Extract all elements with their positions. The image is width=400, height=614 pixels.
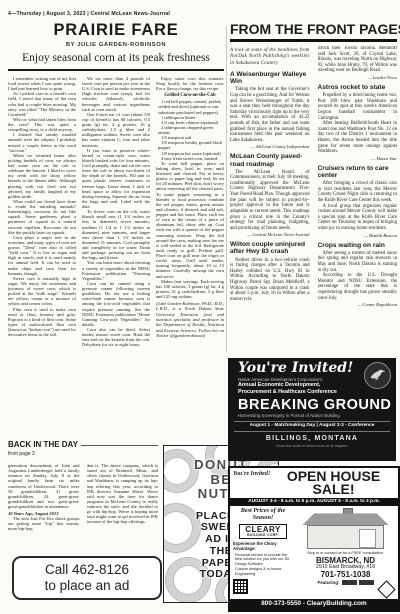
article-column-2: We eat more than 4 pounds of sweet corn …	[82, 76, 150, 438]
ingredient-line: 1 red bell pepper, roasted, peeled, seed…	[158, 99, 224, 114]
paragraph: The McLean Board of Commissioners, at th…	[230, 170, 310, 232]
ingredient-line: 2 tablespoons chopped green onions	[158, 125, 224, 135]
paragraph: After beating Belfield/South Heart in ro…	[318, 121, 398, 155]
back-in-the-day-heading: BACK IN THE DAY	[8, 441, 158, 449]
paragraph: Corn plays a major role in the economy, …	[8, 235, 76, 276]
building-photo	[298, 508, 393, 550]
paragraph: After seeing a torrent of melted snow th…	[318, 251, 398, 273]
paragraph: I learned that sneaky masked animals wer…	[8, 132, 76, 153]
cleary-logo: CLEARY BUILDING CORP.	[239, 524, 287, 539]
article-kicker: PRAIRIE FARE	[8, 22, 224, 39]
heading-rule	[81, 445, 158, 446]
ad-phone-caption: to place an ad	[45, 578, 130, 594]
recipe-heading: Grilled Corn-on-the-Cob	[156, 93, 224, 98]
front-pages-columns: A look at some of the headlines from Nor…	[230, 46, 397, 346]
ingredient-line: 1/8 teaspoon freshly ground black pepper	[158, 140, 224, 150]
source-credit: — Center Republican	[318, 302, 398, 307]
source-credit: — Leader-News	[318, 75, 398, 80]
ad-phone-number: Call 462-8126	[45, 562, 129, 578]
open-house-dates: AUGUST 3-4 - 8 a.m. to 6 p.m. AUGUST 5 -…	[230, 498, 398, 507]
section-intro: A look at some of the headlines from Nor…	[230, 48, 310, 67]
page-folio: 4—Thursday | August 3, 2023 | Central Mc…	[8, 11, 170, 17]
paragraph: Propelled by a third-inning home run, Po…	[318, 93, 398, 121]
paragraph: Makes four servings. Each serving has 10…	[156, 279, 224, 300]
continued-paragraph: struck their Toyota Tacoma. Mehlhoff sai…	[318, 46, 398, 74]
cleary-open-house-ad: You're Invited! OPEN HOUSE SALE! AUGUST …	[228, 466, 400, 612]
back-in-the-day-title: BACK IN THE DAY	[8, 441, 78, 449]
conference-tagline: Harnessing Sovereignty in Pursuit of Nat…	[228, 413, 396, 418]
source-credit: — Beulah Beacon	[318, 233, 398, 238]
building-door	[359, 529, 376, 548]
source-credit: — Hazen Star	[318, 156, 398, 161]
paragraph: When we returned home after picking bush…	[8, 153, 76, 199]
back-in-the-day-column-1: generation descendants of John and Augus…	[8, 463, 80, 555]
story-heading: A Weisenburger Walleye Win	[230, 71, 310, 85]
story-heading: Wilton couple uninjured after Hwy 83 cra…	[230, 241, 310, 255]
conference-register-note: Scan the code to learn more or to regist…	[228, 444, 396, 449]
conference-schedule: August 1 - Matchmaking Day | August 2-3 …	[234, 421, 390, 432]
paragraph: As I picked corn in a friend's corn fiel…	[8, 91, 76, 117]
featuring-label: Featuring:	[318, 580, 340, 585]
paragraph: I remember writing one of my first food …	[8, 76, 76, 91]
story-heading: Astros rocket to state	[318, 84, 398, 91]
paragraph: According to the U.S. Drought Monitor an…	[318, 273, 398, 301]
paragraph: You can learn more about freezing a vari…	[82, 260, 150, 281]
newspaper-page: 4—Thursday | August 3, 2023 | Central Mc…	[0, 0, 400, 614]
section-title-rule	[230, 39, 397, 42]
paragraph: One 6-inch ear of corn (about 5/8 cup of…	[82, 112, 150, 148]
eagle-icon	[364, 362, 391, 389]
ingredient-line: 1/8 teaspoon hot sauce (optional)	[158, 151, 224, 156]
brand-logo	[342, 580, 357, 585]
source-credit: — Central McLean News-Journal	[230, 232, 310, 237]
continued-paragraph: that is. The dance company, which is bas…	[87, 463, 159, 525]
paragraph: Sweet corn is naturally high in sugar. W…	[8, 276, 76, 307]
article-column-1: I remember writing one of my first food …	[8, 76, 76, 438]
featuring-row: Featuring:	[296, 580, 395, 585]
paragraph: Neither driver in a two-vehicle crash is…	[230, 258, 310, 303]
qr-code	[233, 579, 248, 594]
paragraph: If you want to preserve whole-kernel or …	[82, 148, 150, 210]
conference-location: BILLINGS, MONTANA	[228, 435, 396, 442]
back-in-the-day-columns: generation descendants of John and Augus…	[8, 463, 158, 555]
story-heading: McLean County paved-road roadmap	[230, 153, 310, 167]
author-bio: (Julie Garden-Robinson, Ph.D., R.D., L.R…	[156, 301, 224, 338]
building-walls	[307, 525, 384, 549]
conference-title: BREAKING GROUND	[228, 398, 396, 413]
from-front-pages-section: FROM THE FRONT PAGES A look at some of t…	[230, 22, 397, 346]
story-heading: Cruisers return to care center	[318, 165, 398, 179]
paragraph: Corn also can be dried. Select tender, m…	[82, 327, 150, 348]
open-house-right-column: Stop in or contact us for a FREE consult…	[296, 508, 395, 594]
continued-from-note: from page 3	[8, 451, 158, 457]
paragraph: To freeze corn on the cob, water blanch …	[82, 209, 150, 260]
best-prices-text: Best Prices of the Season!	[233, 508, 293, 522]
paragraph: What could our friend have done to evade…	[8, 199, 76, 235]
section-divider	[226, 26, 227, 352]
front-pages-column-1: A look at some of the headlines from Nor…	[230, 46, 310, 346]
back-in-the-day-column-2: that is. The dance company, which is bas…	[87, 463, 159, 555]
open-house-left-column: Best Prices of the Season! CLEARY BUILDI…	[233, 508, 293, 594]
advantage-bullet: Personal service to provide the best sol…	[235, 553, 293, 567]
building-roof	[302, 513, 389, 525]
dealer-phone: 701-751-1038	[296, 571, 395, 579]
open-house-body: Best Prices of the Season! CLEARY BUILDI…	[230, 506, 398, 594]
article-column-3: Enjoy some corn this summer. Shop locall…	[156, 76, 224, 438]
paragraph: Flint corn is used to make corn meal or …	[8, 307, 76, 338]
section-title: FROM THE FRONT PAGES	[230, 22, 397, 36]
paragraph: Who or what had taken bites from the cor…	[8, 117, 76, 132]
article-byline: BY JULIE GARDEN-ROBINSON	[8, 43, 224, 49]
cleary-logo-sub: BUILDING CORP.	[240, 534, 286, 537]
article-columns: I remember writing one of my first food …	[8, 76, 224, 438]
paragraph: After bringing a crowd of classic cars t…	[318, 181, 398, 203]
paragraph: Corn can be canned using a pressure cann…	[82, 281, 150, 327]
paragraph: Enjoy some corn this summer. Shop locall…	[156, 76, 224, 91]
open-house-invite: You're Invited!	[230, 468, 271, 478]
open-house-header: You're Invited! OPEN HOUSE SALE!	[230, 468, 398, 498]
prairie-fare-article: PRAIRIE FARE BY JULIE GARDEN-ROBINSON En…	[8, 22, 224, 438]
continued-paragraph: generation descendants of John and Augus…	[8, 463, 80, 509]
front-pages-column-2: struck their Toyota Tacoma. Mehlhoff sai…	[318, 46, 398, 346]
paragraph: A local group that organizes regular cru…	[318, 204, 398, 232]
paragraph: To roast bell pepper, place on baking sh…	[156, 161, 224, 279]
place-an-ad-phone-ad: Call 462-8126 to place an ad	[12, 556, 162, 600]
paragraph: We eat more than 4 pounds of sweet corn …	[82, 76, 150, 112]
advantage-bullet: Custom designs & in-house Engineering	[235, 567, 293, 576]
story-heading: Crops waiting on rain	[318, 242, 398, 249]
open-house-footer: 800-373-5550 - ClearyBuilding.com	[230, 599, 398, 610]
paragraph: Taking the hot seat at the Governor's Cu…	[230, 87, 310, 143]
source-credit: — McLean County Independent	[230, 144, 310, 149]
open-house-headline: OPEN HOUSE SALE!	[271, 468, 398, 498]
headline-rule	[8, 69, 224, 71]
brand-logo	[359, 580, 374, 585]
advantage-heading: Experience the Cleary Advantage:	[233, 542, 293, 551]
paragraph: The area Just For Kix dance groups are g…	[8, 516, 80, 531]
breaking-ground-conference-ad: You're Invited! Native American Developm…	[228, 358, 396, 461]
article-headline: Enjoy seasonal corn at its peak freshnes…	[8, 52, 224, 65]
back-in-the-day-section: BACK IN THE DAY from page 3 generation d…	[8, 441, 158, 555]
